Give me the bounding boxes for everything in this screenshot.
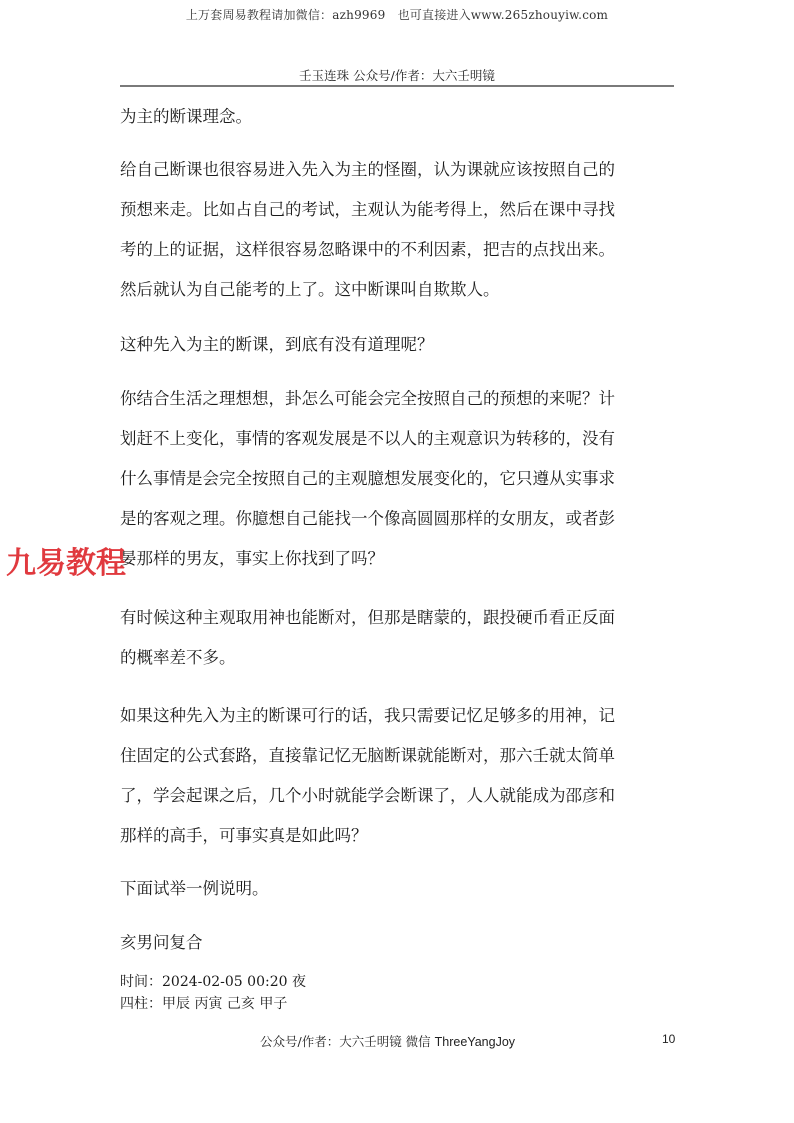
text-line: 什么事情是会完全按照自己的主观臆想发展变化的，它只遵从实事求 — [120, 464, 680, 493]
text-line: 考的上的证据，这样很容易忽略课中的不利因素，把吉的点找出来。 — [120, 235, 680, 264]
text-line: 这种先入为主的断课，到底有没有道理呢？ — [120, 330, 680, 359]
paragraph-5: 如果这种先入为主的断课可行的话，我只需要记忆足够多的用神，记 住固定的公式套路，… — [120, 701, 680, 850]
paragraph-4: 有时候这种主观取用神也能断对，但那是瞎蒙的，跟投硬币看正反面 的概率差不多。 — [120, 603, 680, 672]
page-footer: 公众号/作者：大六壬明镜 微信 ThreeYangJoy — [260, 1032, 515, 1050]
text-line: 下面试举一例说明。 — [120, 874, 680, 903]
paragraph-3: 你结合生活之理想想，卦怎么可能会完全按照自己的预想的来呢？计 划赶不上变化，事情… — [120, 384, 680, 573]
text-line: 给自己断课也很容易进入先入为主的怪圈，认为课就应该按照自己的 — [120, 155, 680, 184]
paragraph-1: 给自己断课也很容易进入先入为主的怪圈，认为课就应该按照自己的 预想来走。比如占自… — [120, 155, 680, 304]
text-line: 为主的断课理念。 — [120, 102, 680, 131]
text-line: 了，学会起课之后，几个小时就能学会断课了，人人就能成为邵彦和 — [120, 781, 680, 810]
watermark-logo: 九易教程 — [6, 544, 126, 584]
text-line: 是的客观之理。你臆想自己能找一个像高圆圆那样的女朋友，或者彭 — [120, 504, 680, 533]
text-line: 住固定的公式套路，直接靠记忆无脑断课就能断对，那六壬就太简单 — [120, 741, 680, 770]
text-line: 晏那样的男友，事实上你找到了吗？ — [120, 544, 680, 573]
running-header: 壬玉连珠 公众号/作者：大六壬明镜 — [120, 66, 674, 84]
footer-text: 公众号/作者：大六壬明镜 微信 — [260, 1034, 435, 1049]
footer-wechat-id: ThreeYangJoy — [435, 1035, 515, 1049]
case-time: 时间：2024-02-05 00:20 夜 — [120, 972, 306, 992]
text-line: 然后就认为自己能考的上了。这中断课叫自欺欺人。 — [120, 275, 680, 304]
header-divider — [120, 85, 674, 87]
text-line: 你结合生活之理想想，卦怎么可能会完全按照自己的预想的来呢？计 — [120, 384, 680, 413]
text-line: 亥男问复合 — [120, 928, 680, 957]
paragraph-0: 为主的断课理念。 — [120, 102, 680, 131]
text-line: 有时候这种主观取用神也能断对，但那是瞎蒙的，跟投硬币看正反面 — [120, 603, 680, 632]
text-line: 预想来走。比如占自己的考试，主观认为能考得上，然后在课中寻找 — [120, 195, 680, 224]
text-line: 划赶不上变化，事情的客观发展是不以人的主观意识为转移的，没有 — [120, 424, 680, 453]
page-number: 10 — [662, 1032, 675, 1046]
case-pillars: 四柱：甲辰 丙寅 己亥 甲子 — [120, 994, 287, 1014]
top-banner-ad: 上万套周易教程请加微信：azh9969 也可直接进入www.265zhouyiw… — [0, 6, 794, 23]
text-line: 那样的高手，可事实真是如此吗？ — [120, 821, 680, 850]
text-line: 如果这种先入为主的断课可行的话，我只需要记忆足够多的用神，记 — [120, 701, 680, 730]
text-line: 的概率差不多。 — [120, 643, 680, 672]
paragraph-6: 下面试举一例说明。 — [120, 874, 680, 903]
paragraph-2: 这种先入为主的断课，到底有没有道理呢？ — [120, 330, 680, 359]
case-title: 亥男问复合 — [120, 928, 680, 957]
